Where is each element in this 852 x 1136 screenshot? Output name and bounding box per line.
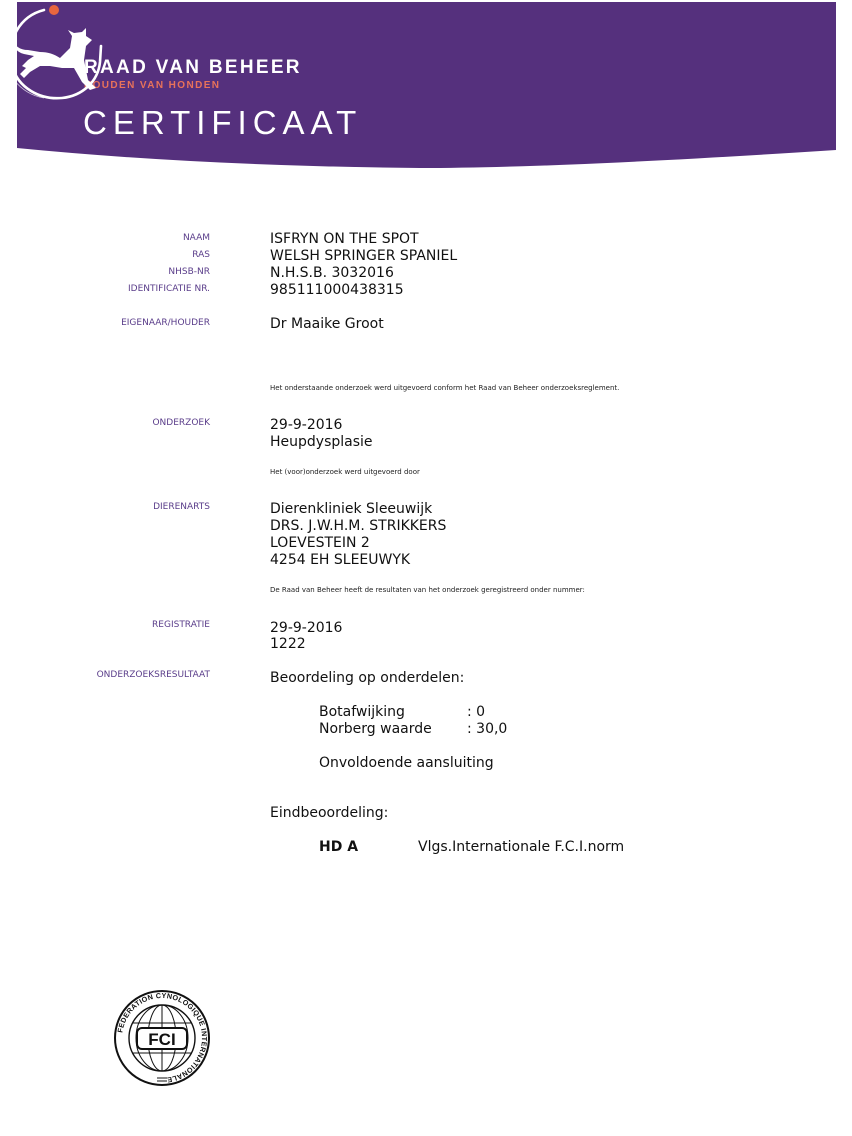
label-result: ONDERZOEKSRESULTAAT xyxy=(97,670,210,680)
document-title: CERTIFICAAT xyxy=(83,106,362,139)
dog-breed: WELSH SPRINGER SPANIEL xyxy=(270,248,457,265)
svg-text:FCI: FCI xyxy=(148,1030,175,1049)
performed-by-note: Het (voor)onderzoek werd uitgevoerd door xyxy=(270,468,420,476)
org-name: RAAD VAN BEHEER xyxy=(84,57,302,79)
result-item-value: : 0 xyxy=(467,704,485,721)
registration-date: 29-9-2016 xyxy=(270,620,342,637)
leaping-dog-logo-icon xyxy=(0,0,112,104)
regulation-note: Het onderstaande onderzoek werd uitgevoe… xyxy=(270,384,619,392)
final-heading: Eindbeoordeling: xyxy=(270,805,388,822)
result-item-name: Botafwijking xyxy=(319,704,405,721)
final-norm: Vlgs.Internationale F.C.I.norm xyxy=(418,839,624,856)
label-identification: IDENTIFICATIE NR. xyxy=(128,284,210,294)
label-vet: DIERENARTS xyxy=(153,502,210,512)
result-remark: Onvoldoende aansluiting xyxy=(319,755,494,772)
result-item-name: Norberg waarde xyxy=(319,721,432,738)
certificate-header: RAAD VAN BEHEER HOUDEN VAN HONDEN CERTIF… xyxy=(0,0,852,180)
registered-note: De Raad van Beheer heeft de resultaten v… xyxy=(270,586,585,594)
label-exam: ONDERZOEK xyxy=(152,418,210,428)
vet-address: LOEVESTEIN 2 xyxy=(270,535,370,552)
result-item-value: : 30,0 xyxy=(467,721,507,738)
vet-name: DRS. J.W.H.M. STRIKKERS xyxy=(270,518,446,535)
vet-postal-city: 4254 EH SLEEUWYK xyxy=(270,552,410,569)
dog-identification-number: 985111000438315 xyxy=(270,282,404,299)
owner-name: Dr Maaike Groot xyxy=(270,316,384,333)
dog-nhsb-number: N.H.S.B. 3032016 xyxy=(270,265,394,282)
dog-name: ISFRYN ON THE SPOT xyxy=(270,231,419,248)
exam-type: Heupdysplasie xyxy=(270,434,373,451)
exam-date: 29-9-2016 xyxy=(270,417,342,434)
vet-clinic: Dierenkliniek Sleeuwijk xyxy=(270,501,432,518)
final-grade: HD A xyxy=(319,839,358,856)
registration-number: 1222 xyxy=(270,636,306,653)
label-owner: EIGENAAR/HOUDER xyxy=(121,318,210,328)
label-breed: RAS xyxy=(192,250,210,260)
label-registration: REGISTRATIE xyxy=(152,620,210,630)
parts-heading: Beoordeling op onderdelen: xyxy=(270,670,464,687)
fci-seal-icon: FCI FEDERATION CYNOLOGIQUE INTERNATIONAL… xyxy=(110,990,214,1086)
label-nhsb: NHSB-NR xyxy=(168,267,210,277)
label-name: NAAM xyxy=(183,233,210,243)
